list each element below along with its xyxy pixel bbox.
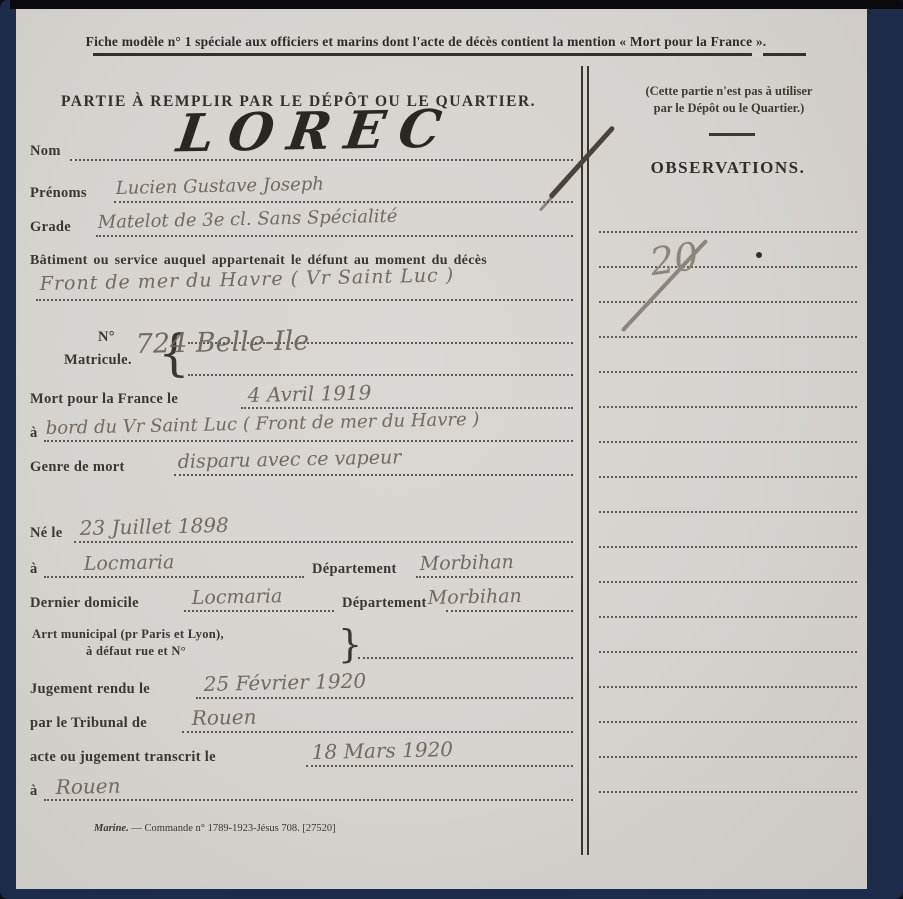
mort-lieu-label: à — [30, 425, 38, 442]
tribunal-label: par le Tribunal de — [30, 715, 147, 732]
mort-le-label: Mort pour la France le — [30, 391, 178, 408]
nom-line — [70, 159, 573, 161]
observations-dotted-line — [599, 616, 857, 618]
ne-le-handwritten-value: 23 Juillet 1898 — [79, 513, 229, 540]
genre-mort-handwritten-value: disparu avec ce vapeur — [178, 446, 402, 473]
observations-dotted-line — [599, 406, 857, 408]
column-divider — [581, 66, 589, 855]
right-note-line2: par le Dépôt ou le Quartier.) — [601, 101, 857, 116]
jugement-line — [196, 697, 573, 699]
arrt-brace: } — [338, 622, 362, 666]
transcrit-line — [306, 765, 573, 767]
arrt-label-line2: à défaut rue et N° — [86, 644, 186, 659]
ink-dot-mark — [756, 252, 762, 258]
observations-dotted-line — [599, 511, 857, 513]
tribunal-handwritten-value: Rouen — [191, 705, 256, 730]
observations-title: OBSERVATIONS. — [599, 158, 857, 178]
footer-imprint-text: — Commande n° 1789-1923-Jésus 708. [2752… — [131, 823, 335, 834]
observations-dotted-line — [599, 336, 857, 338]
arrt-label-line1: Arrt municipal (pr Paris et Lyon), — [32, 627, 224, 642]
observations-dotted-line — [599, 791, 857, 793]
observations-dotted-line — [599, 546, 857, 548]
mort-le-handwritten-value: 4 Avril 1919 — [247, 380, 371, 407]
footer-imprint: Marine. — Commande n° 1789-1923-Jésus 70… — [94, 823, 336, 834]
observations-dotted-line — [599, 756, 857, 758]
mort-lieu-handwritten-value: bord du Vr Saint Luc ( Front de mer du H… — [46, 409, 480, 439]
ne-lieu-handwritten-value: Locmaria — [84, 551, 175, 575]
observations-lines — [599, 231, 857, 801]
grade-label: Grade — [30, 219, 71, 236]
tribunal-line — [182, 731, 573, 733]
ne-dept-line — [416, 576, 573, 578]
observations-dotted-line — [599, 686, 857, 688]
domicile-label: Dernier domicile — [30, 595, 139, 612]
nom-label: Nom — [30, 143, 61, 160]
form-header-notice: Fiche modèle n° 1 spéciale aux officiers… — [26, 34, 826, 50]
observations-dotted-line — [599, 266, 857, 268]
ne-le-line — [74, 541, 573, 543]
grade-line — [96, 235, 573, 237]
ne-dept-handwritten-value: Morbihan — [420, 551, 514, 575]
domicile-handwritten-value: Locmaria — [192, 585, 283, 609]
prenoms-label: Prénoms — [30, 185, 87, 202]
observations-rule — [709, 133, 755, 136]
ne-lieu-line — [44, 576, 304, 578]
arrt-line — [358, 657, 573, 659]
grade-handwritten-value: Matelot de 3e cl. Sans Spécialité — [98, 206, 398, 233]
genre-mort-label: Genre de mort — [30, 459, 125, 476]
mort-le-line — [241, 407, 573, 409]
fiche-document: Fiche modèle n° 1 spéciale aux officiers… — [16, 9, 867, 889]
observations-dotted-line — [599, 301, 857, 303]
domicile-dept-label: Département — [342, 595, 427, 612]
right-note-line1: (Cette partie n'est pas à utiliser — [601, 84, 857, 99]
observations-dotted-line — [599, 476, 857, 478]
prenoms-line — [114, 201, 573, 203]
observations-dotted-line — [599, 371, 857, 373]
batiment-line — [36, 299, 573, 301]
transcrit-label: acte ou jugement transcrit le — [30, 749, 216, 766]
ink-slash-mark-secondary — [539, 178, 569, 211]
domicile-line — [184, 610, 334, 612]
matricule-label-line1: N° — [98, 329, 115, 346]
jugement-handwritten-value: 25 Février 1920 — [203, 669, 366, 696]
matricule-label-line2: Matricule. — [64, 352, 132, 369]
ne-lieu-label: à — [30, 561, 38, 578]
transcrit-lieu-line — [44, 799, 573, 801]
ne-dept-label: Département — [312, 561, 397, 578]
transcrit-handwritten-value: 18 Mars 1920 — [311, 737, 453, 764]
footer-brand: Marine. — [94, 823, 129, 834]
jugement-label: Jugement rendu le — [30, 681, 150, 698]
scanned-card-frame: Fiche modèle n° 1 spéciale aux officiers… — [0, 0, 903, 899]
matricule-handwritten-value: 724 Belle-Ile — [135, 325, 309, 360]
observations-dotted-line — [599, 581, 857, 583]
matricule-line-2 — [188, 374, 573, 376]
nom-handwritten-value: LOREC — [173, 99, 458, 165]
observations-dotted-line — [599, 651, 857, 653]
observations-dotted-line — [599, 721, 857, 723]
transcrit-lieu-handwritten-value: Rouen — [55, 774, 120, 799]
ne-le-label: Né le — [30, 525, 63, 542]
header-underline-gap — [752, 52, 763, 57]
header-underline — [93, 53, 806, 56]
prenoms-handwritten-value: Lucien Gustave Joseph — [116, 174, 325, 199]
observations-dotted-line — [599, 441, 857, 443]
genre-mort-line — [174, 474, 573, 476]
domicile-dept-line — [446, 610, 573, 612]
transcrit-lieu-label: à — [30, 783, 38, 800]
domicile-dept-handwritten-value: Morbihan — [428, 585, 522, 609]
scan-top-shadow — [10, 0, 903, 9]
observations-dotted-line — [599, 231, 857, 233]
mort-lieu-line — [44, 440, 573, 442]
